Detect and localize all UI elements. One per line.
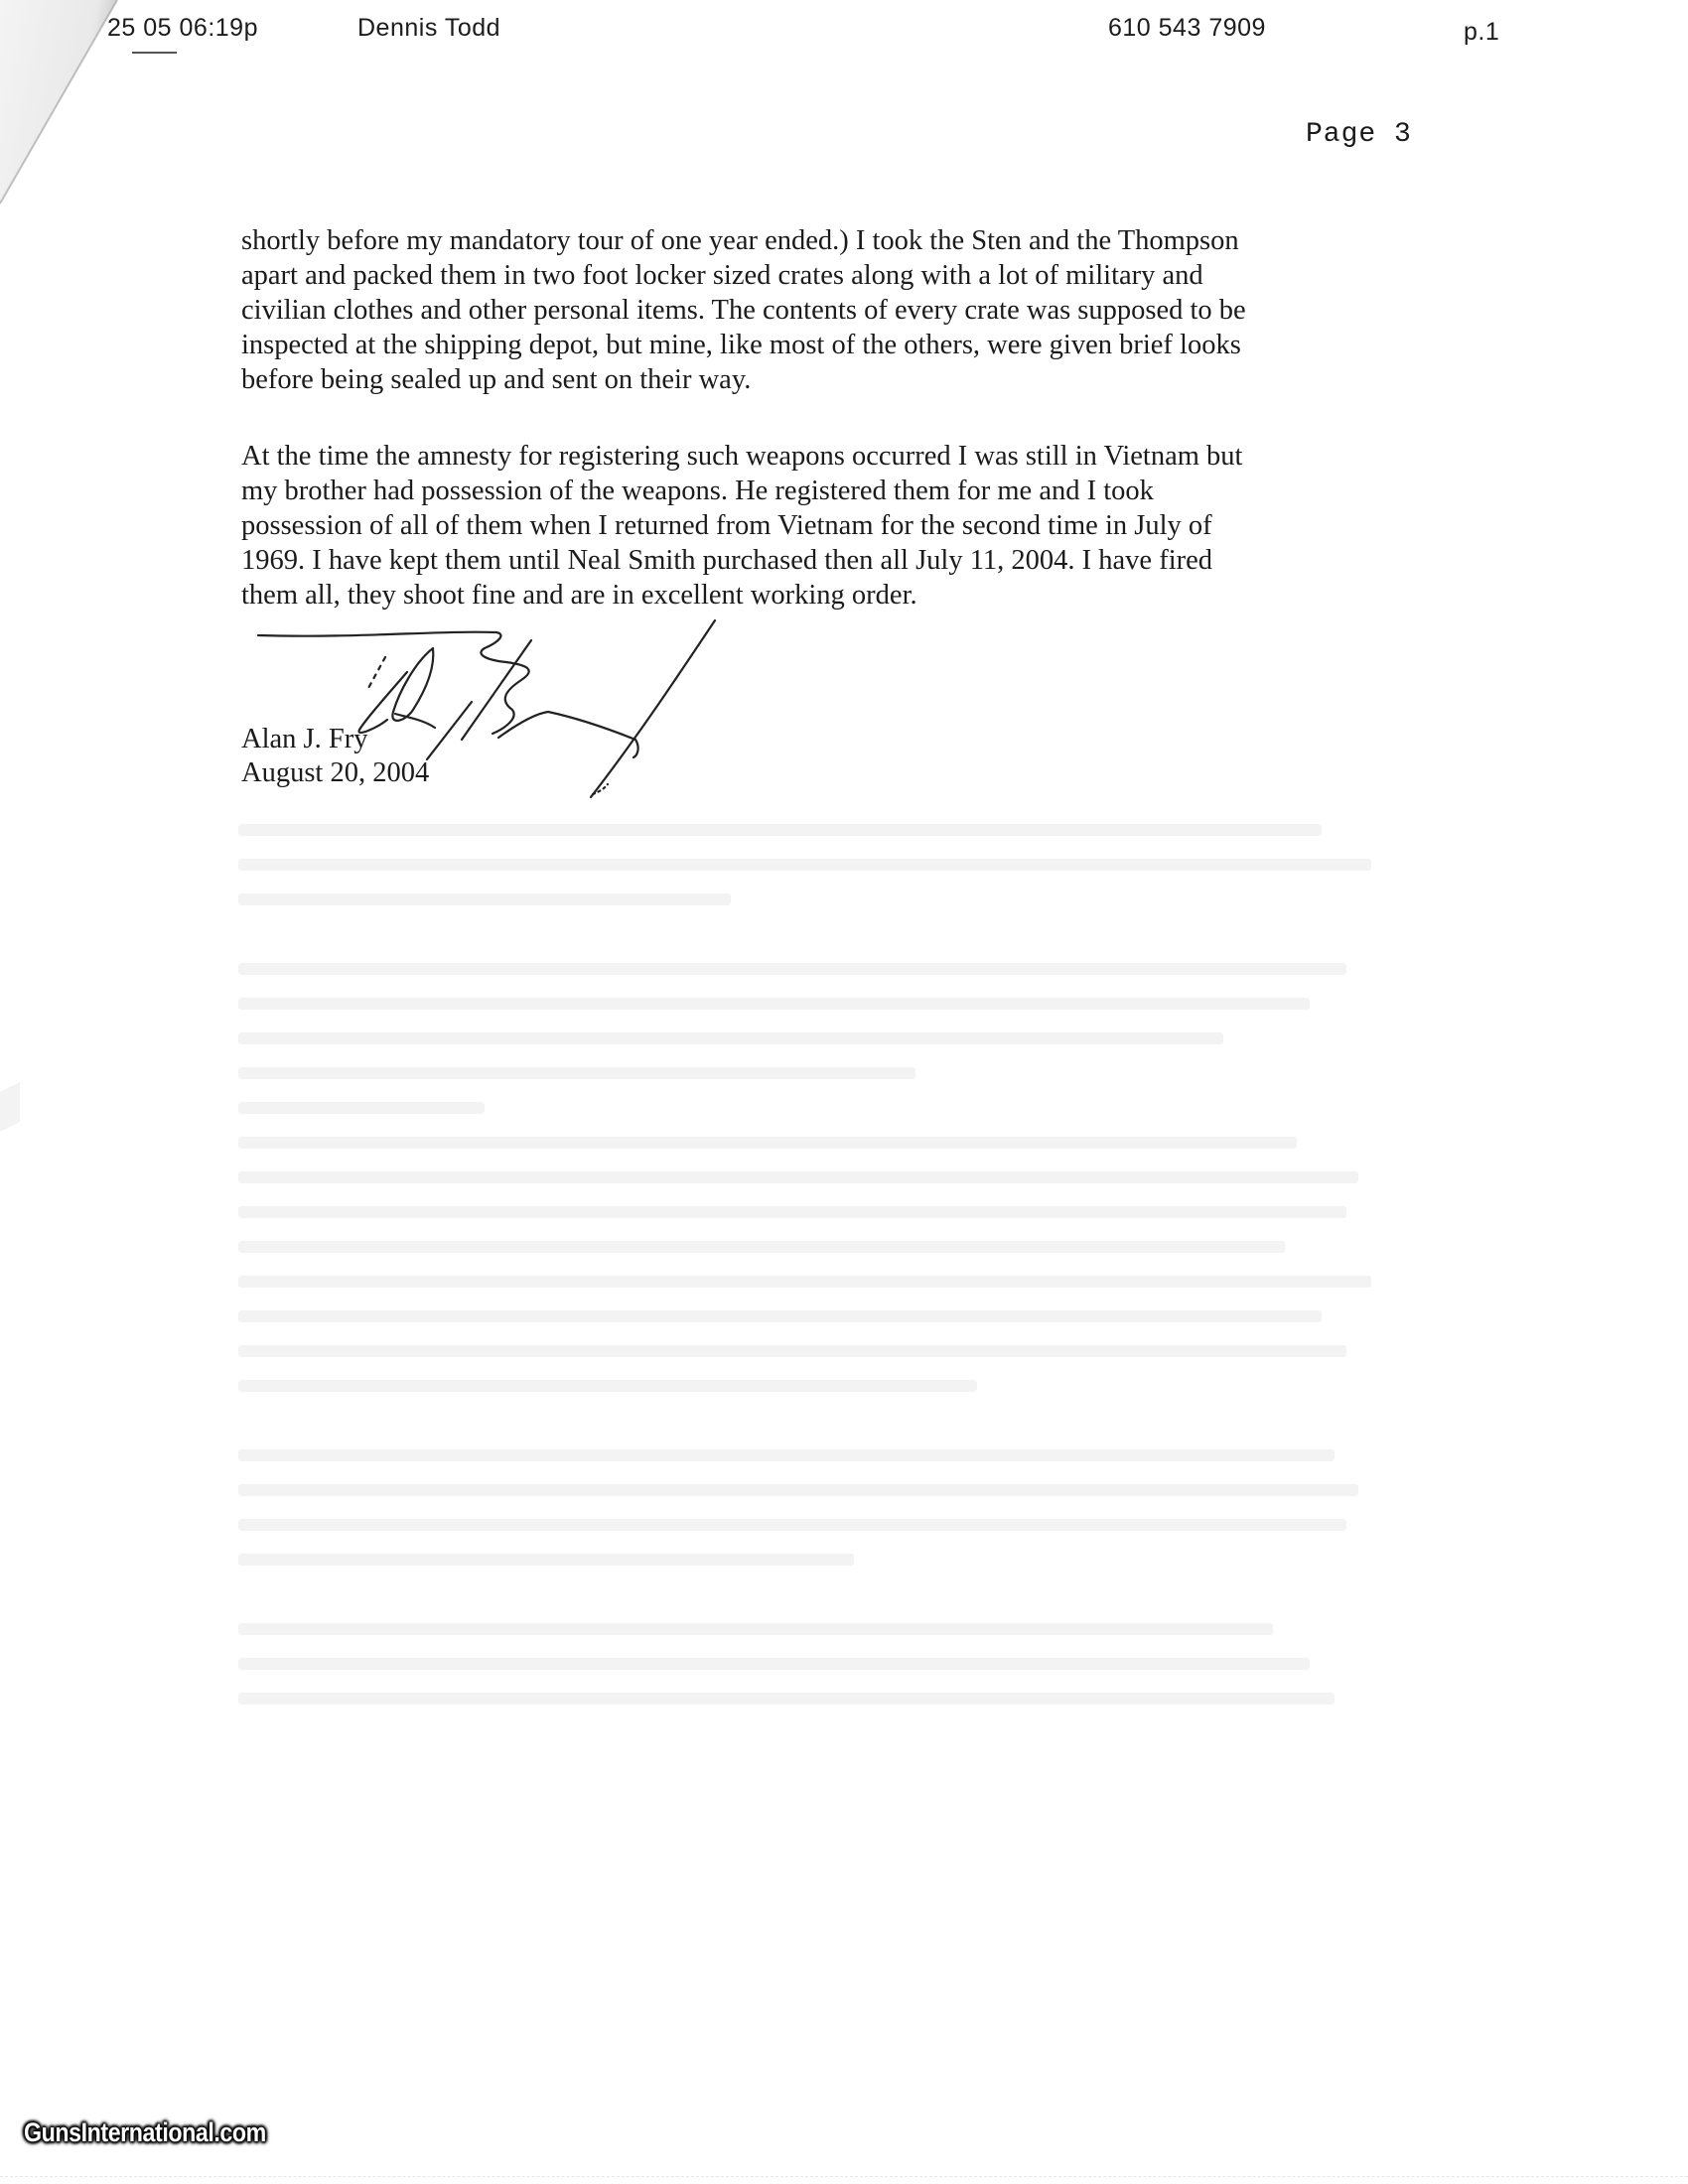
fax-page-number: p.1 [1464, 18, 1499, 47]
fax-header-rule [132, 52, 177, 54]
text-line: my brother had possession of the weapons… [241, 474, 1473, 508]
page-bottom-edge [0, 2176, 1688, 2178]
fax-timestamp: 25 05 06:19p [107, 14, 258, 43]
signature-block: Alan J. Fry August 20, 2004 [241, 723, 429, 790]
paragraph-2: At the time the amnesty for registering … [241, 439, 1473, 613]
text-line: possession of all of them when I returne… [241, 508, 1473, 543]
text-line: shortly before my mandatory tour of one … [241, 223, 1473, 258]
text-line: before being sealed up and sent on their… [241, 362, 1473, 397]
text-line: them all, they shoot fine and are in exc… [241, 578, 1473, 613]
show-through-text [238, 824, 1470, 1866]
signer-name: Alan J. Fry [241, 723, 429, 756]
fax-phone-number: 610 543 7909 [1108, 14, 1266, 43]
paragraph-1: shortly before my mandatory tour of one … [241, 223, 1473, 397]
text-line: 1969. I have kept them until Neal Smith … [241, 543, 1473, 578]
page-label: Page 3 [1306, 119, 1412, 150]
signature-date: August 20, 2004 [241, 756, 429, 790]
fax-sender-name: Dennis Todd [357, 14, 500, 43]
site-watermark-logo: GunsInternational.com [24, 2117, 266, 2148]
fax-header: 25 05 06:19p Dennis Todd 610 543 7909 p.… [0, 8, 1688, 48]
text-line: apart and packed them in two foot locker… [241, 258, 1473, 293]
text-line: civilian clothes and other personal item… [241, 293, 1473, 328]
text-line: At the time the amnesty for registering … [241, 439, 1473, 474]
text-line: inspected at the shipping depot, but min… [241, 328, 1473, 362]
